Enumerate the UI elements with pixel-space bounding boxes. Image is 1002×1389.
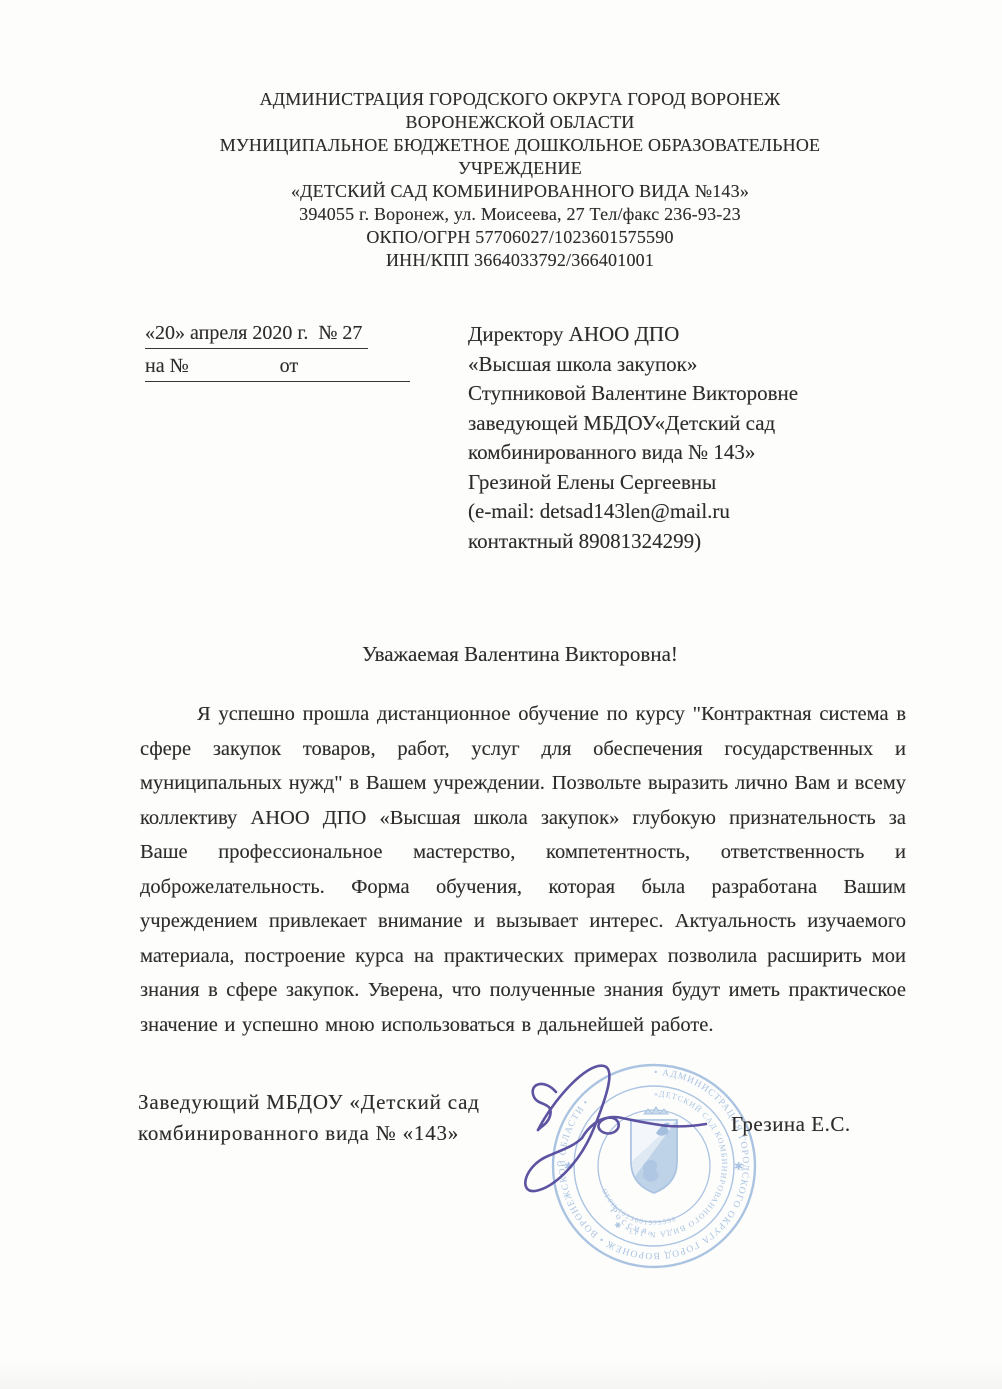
recipient-line: Ступниковой Валентине Викторовне [468,379,888,409]
handwritten-signature [478,1050,718,1225]
recipient-line: комбинированного вида № 143» [468,438,888,468]
letterhead: АДМИНИСТРАЦИЯ ГОРОДСКОГО ОКРУГА ГОРОД ВО… [120,88,920,272]
recipient-line-phone: контактный 89081324299) [468,527,888,557]
scan-artifact [0,1363,1002,1389]
ref-number-blank [194,381,280,382]
recipient-line: «Высшая школа закупок» [468,350,888,380]
letterhead-line: «ДЕТСКИЙ САД КОМБИНИРОВАННОГО ВИДА №143» [120,180,920,203]
recipient-line-email: (e-mail: detsad143len@mail.ru [468,497,888,527]
body-paragraph: Я успешно прошла дистанционное обучение … [140,697,906,1042]
reference-block: «20» апреля 2020 г. № 27 на № от [145,318,445,382]
incoming-ref-line: на № от [145,351,445,382]
recipient-line: заведующей МБДОУ«Детский сад [468,409,888,439]
letterhead-line: УЧРЕЖДЕНИЕ [120,157,920,180]
seal-star-right: ✱ [734,1161,743,1173]
ref-from-label: от [280,351,298,382]
letterhead-line-address: 394055 г. Воронеж, ул. Моисеева, 27 Тел/… [120,203,920,226]
ref-prefix: на № [145,351,194,382]
salutation: Уважаемая Валентина Викторовна! [120,642,920,667]
letterhead-line: АДМИНИСТРАЦИЯ ГОРОДСКОГО ОКРУГА ГОРОД ВО… [120,88,920,111]
ref-date-blank [298,381,410,382]
recipient-line: Грезиной Елены Сергеевны [468,468,888,498]
letterhead-line-inn-kpp: ИНН/КПП 3664033792/366401001 [120,249,920,272]
letterhead-line: ВОРОНЕЖСКОЙ ОБЛАСТИ [120,111,920,134]
date-number-line: «20» апреля 2020 г. № 27 [145,318,368,349]
signer-name: Грезина Е.С. [731,1112,851,1137]
recipient-line: Директору АНОО ДПО [468,320,888,350]
letterhead-line-okpo-ogrn: ОКПО/ОГРН 57706027/1023601575590 [120,226,920,249]
letterhead-line: МУНИЦИПАЛЬНОЕ БЮДЖЕТНОЕ ДОШКОЛЬНОЕ ОБРАЗ… [120,134,920,157]
recipient-block: Директору АНОО ДПО «Высшая школа закупок… [468,320,888,556]
letter-page: АДМИНИСТРАЦИЯ ГОРОДСКОГО ОКРУГА ГОРОД ВО… [0,0,1002,1389]
